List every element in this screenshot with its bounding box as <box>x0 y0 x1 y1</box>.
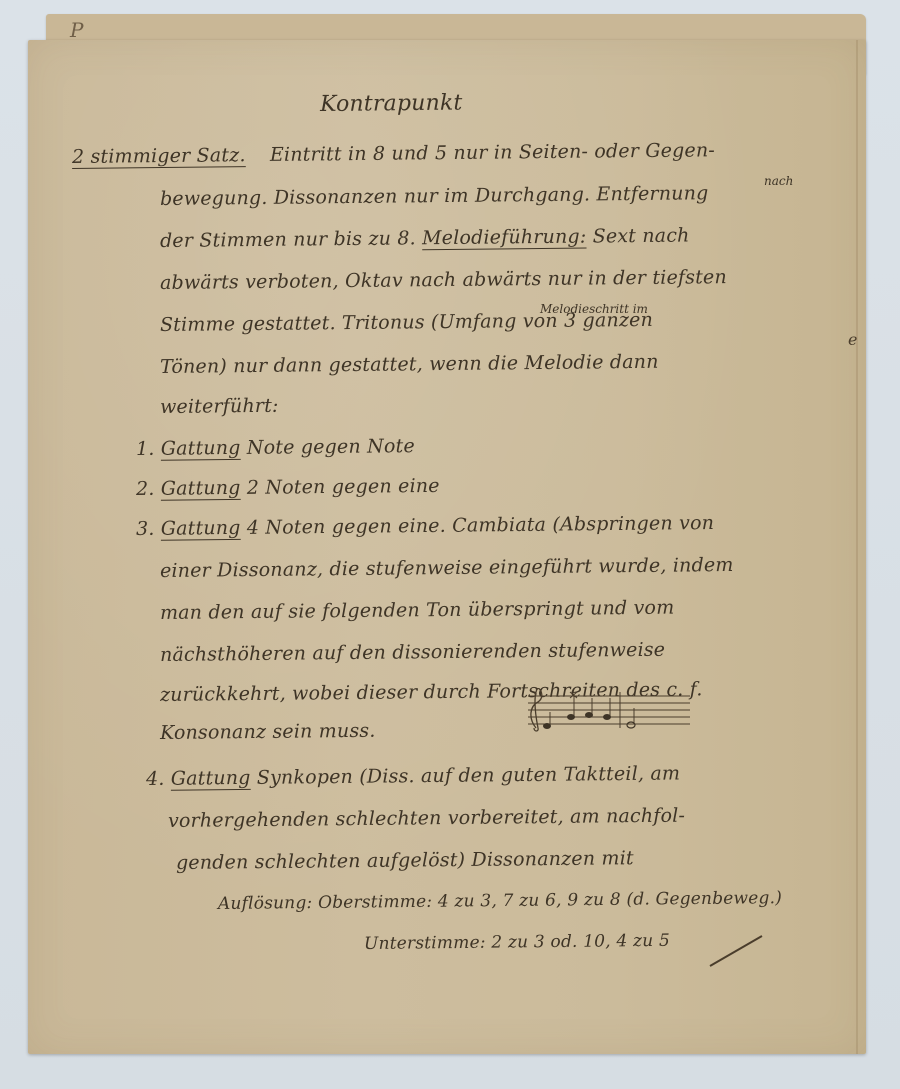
section-heading: 2 stimmiger Satz. <box>72 144 246 168</box>
page-title: Kontrapunkt <box>320 91 463 117</box>
gattung-3-line-2: einer Dissonanz, die stufenweise eingefü… <box>160 554 734 582</box>
gattung-1: 1. Gattung Note gegen Note <box>136 435 415 460</box>
underlying-sheet-mark: P <box>70 18 83 42</box>
text-line-5: Stimme gestattet. Tritonus (Umfang von 3… <box>160 309 653 336</box>
gattung-2: 2. Gattung 2 Noten gegen eine <box>136 475 440 500</box>
aufloesung-line-2: Unterstimme: 2 zu 3 od. 10, 4 zu 5 <box>364 931 670 954</box>
gattung-4-line-2: vorhergehenden schlechten vorbereitet, a… <box>168 805 685 832</box>
text-line-6: Tönen) nur dann gestattet, wenn die Melo… <box>160 351 659 378</box>
text-line-4: abwärts verboten, Oktav nach abwärts nur… <box>160 266 727 294</box>
aufloesung-line-1: Auflösung: Oberstimme: 4 zu 3, 7 zu 6, 9… <box>218 888 782 914</box>
text-line-2: bewegung. Dissonanzen nur im Durchgang. … <box>160 182 709 210</box>
manuscript-page: Kontrapunkt 2 stimmiger Satz. Eintritt i… <box>28 40 866 1054</box>
text-line-7: weiterführt: <box>160 395 279 418</box>
scan-background: P Kontrapunkt 2 stimmiger Satz. Eintritt… <box>0 0 900 1089</box>
gattung-4: 4. Gattung Synkopen (Diss. auf den guten… <box>146 762 680 790</box>
gattung-3: 3. Gattung 4 Noten gegen eine. Cambiata … <box>136 512 714 540</box>
music-example-staff <box>524 688 694 732</box>
margin-mark: e <box>848 330 857 349</box>
pencil-stroke-mark <box>710 935 763 967</box>
gattung-3-line-3: man den auf sie folgenden Ton überspring… <box>160 597 675 624</box>
text-line-1: 2 stimmiger Satz. Eintritt in 8 und 5 nu… <box>72 139 715 168</box>
gattung-4-line-3: genden schlechten aufgelöst) Dissonanzen… <box>176 847 634 874</box>
insertion-nach: nach <box>764 174 793 188</box>
gattung-3-line-6: Konsonanz sein muss. <box>160 720 376 744</box>
text-line-3: der Stimmen nur bis zu 8. Melodieführung… <box>160 224 690 252</box>
gattung-3-line-4: nächsthöheren auf den dissonierenden stu… <box>160 639 665 666</box>
melodiefuehrung-heading: Melodieführung: <box>422 226 587 250</box>
